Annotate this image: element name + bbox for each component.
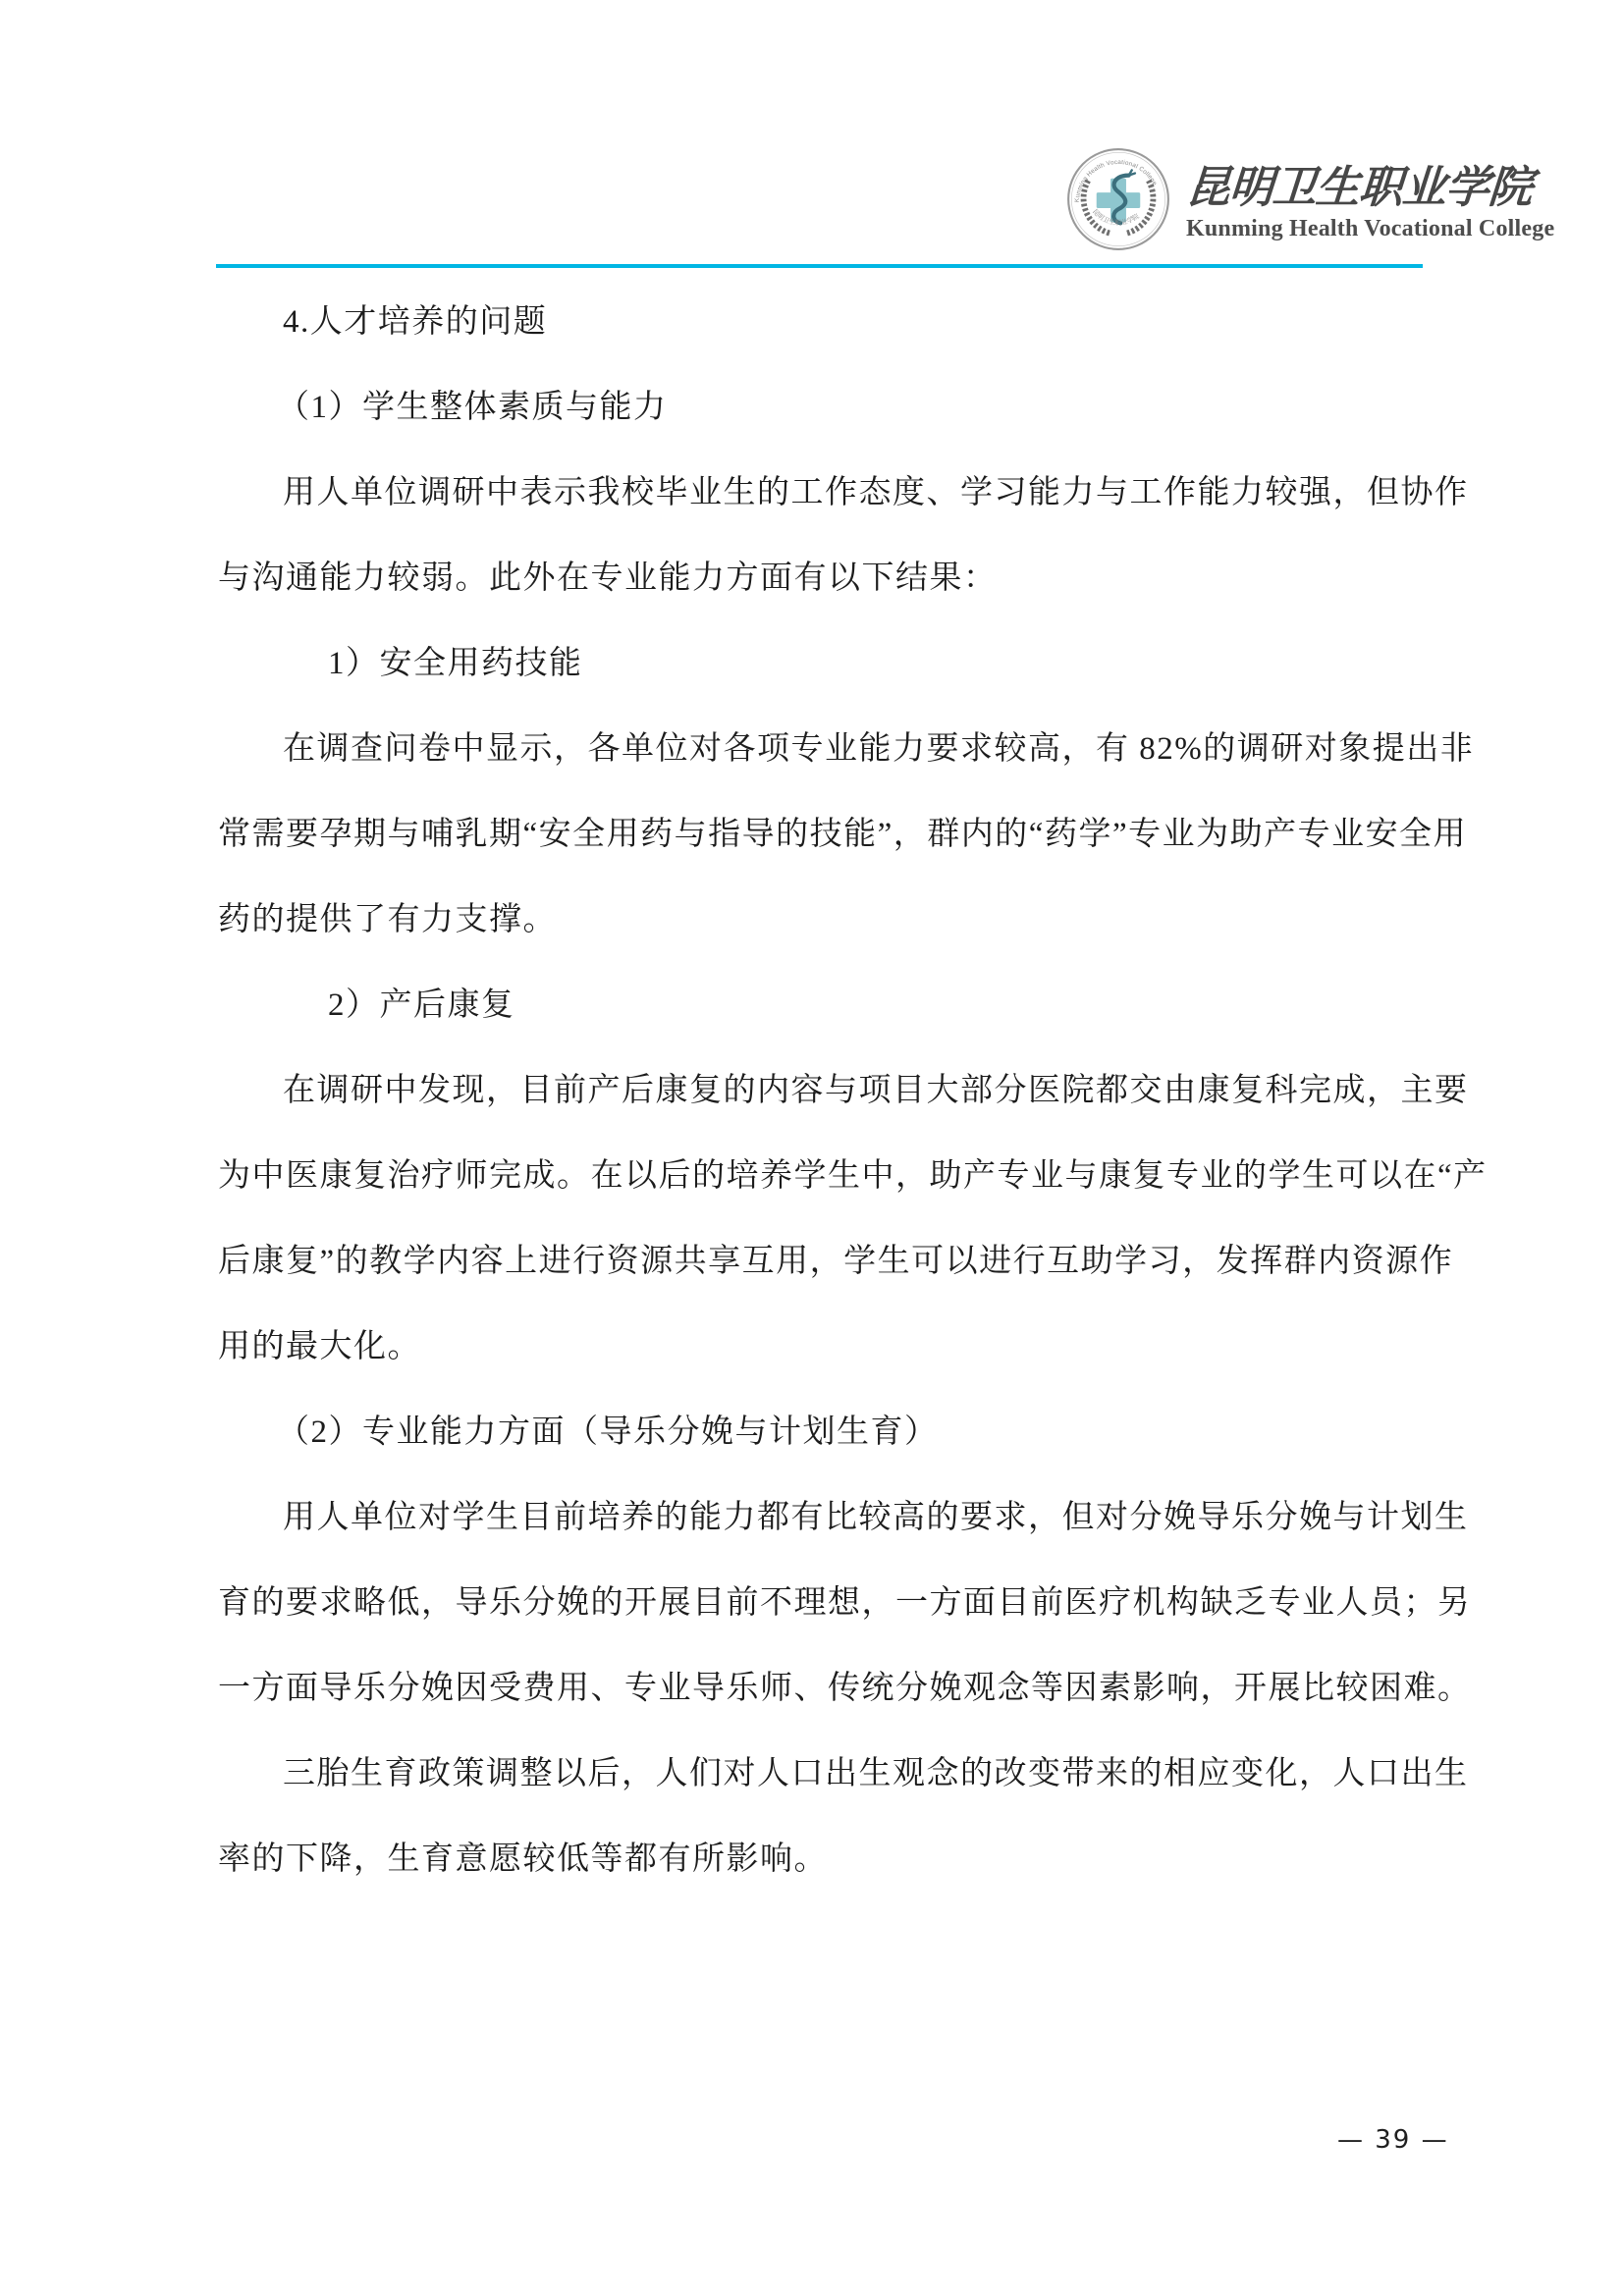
body-line: 药的提供了有力支撑。 [218,878,1418,963]
body-line: 与沟通能力较弱。此外在专业能力方面有以下结果： [218,536,1418,621]
body-line: 4.人才培养的问题 [218,280,1418,365]
college-name-block: 昆明卫生职业学院 Kunming Health Vocational Colle… [1186,159,1520,241]
college-name-en: Kunming Health Vocational College [1186,216,1520,241]
body-line: 用的最大化。 [218,1305,1418,1390]
header-rule [216,264,1423,268]
body-line: 2）产后康复 [218,963,1418,1048]
body-line: 用人单位对学生目前培养的能力都有比较高的要求，但对分娩导乐分娩与计划生 [218,1475,1418,1561]
body-line: 育的要求略低，导乐分娩的开展目前不理想，一方面目前医疗机构缺乏专业人员；另 [218,1561,1418,1646]
body-line: 常需要孕期与哺乳期“安全用药与指导的技能”，群内的“药学”专业为助产专业安全用 [218,792,1418,878]
body-line: 率的下降，生育意愿较低等都有所影响。 [218,1817,1418,1902]
body-line: （2）专业能力方面（导乐分娩与计划生育） [218,1390,1418,1475]
college-seal-icon: Kunming Health Vocational College 昆明卫生职业… [1066,147,1170,251]
body-line: 三胎生育政策调整以后，人们对人口出生观念的改变带来的相应变化，人口出生 [218,1732,1418,1817]
body-line: 在调查问卷中显示，各单位对各项专业能力要求较高，有 82%的调研对象提出非 [218,707,1418,792]
document-page: Kunming Health Vocational College 昆明卫生职业… [0,0,1624,2296]
body-line: 一方面导乐分娩因受费用、专业导乐师、传统分娩观念等因素影响，开展比较困难。 [218,1646,1418,1732]
body-line: 1）安全用药技能 [218,621,1418,707]
body-line: 为中医康复治疗师完成。在以后的培养学生中，助产专业与康复专业的学生可以在“产 [218,1134,1418,1219]
body-line: （1）学生整体素质与能力 [218,365,1418,451]
body-line: 后康复”的教学内容上进行资源共享互用，学生可以进行互助学习，发挥群内资源作 [218,1219,1418,1305]
body-text: 4.人才培养的问题（1）学生整体素质与能力用人单位调研中表示我校毕业生的工作态度… [218,280,1418,1902]
college-name-zh: 昆明卫生职业学院 [1184,159,1522,216]
body-line: 用人单位调研中表示我校毕业生的工作态度、学习能力与工作能力较强，但协作 [218,451,1418,536]
body-line: 在调研中发现，目前产后康复的内容与项目大部分医院都交由康复科完成，主要 [218,1048,1418,1134]
page-number: — 39 — [1337,2125,1449,2155]
